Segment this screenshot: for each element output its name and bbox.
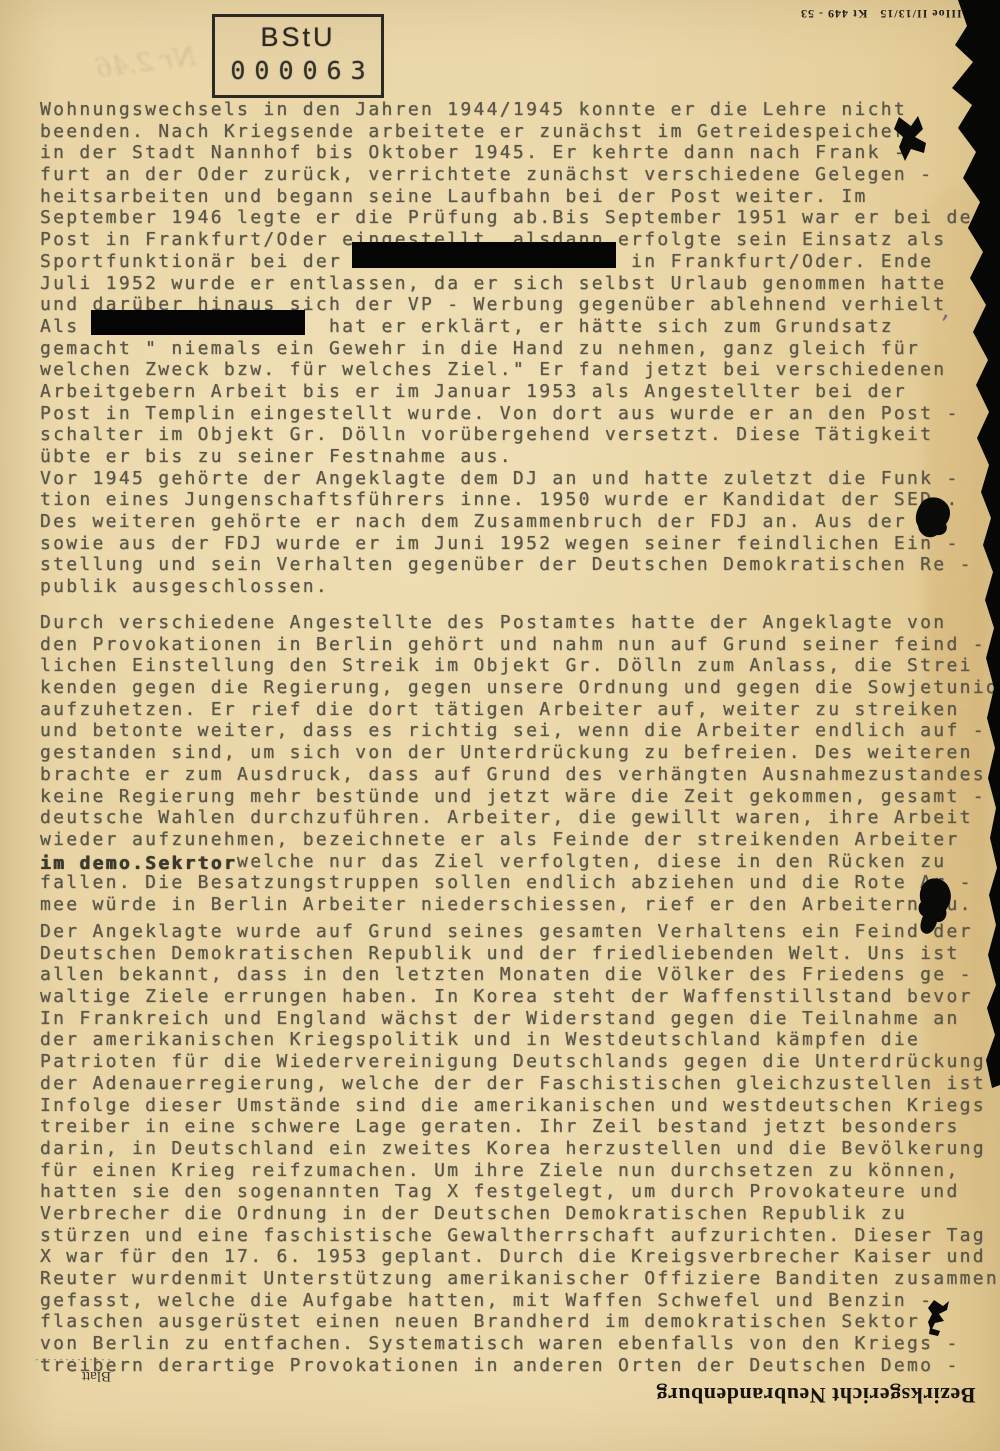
blatt-dotted-line: ············· — [33, 1353, 111, 1367]
text-line: publik ausgeschlossen. — [40, 576, 986, 598]
text-line: Durch verschiedene Angestellte des Posta… — [40, 612, 1000, 634]
inverted-form-imprint: IIIoe II/13/15 Kt 449 - 53 — [800, 6, 962, 21]
text-line: stellung und sein Verhalten gegenüber de… — [40, 554, 986, 576]
text-line: hatten sie den sogenannten Tag X festgel… — [40, 1181, 1000, 1203]
redaction-bar — [91, 310, 305, 335]
text-line: In Frankreich und England wächst der Wid… — [40, 1008, 1000, 1030]
redaction-bar — [352, 242, 616, 268]
text-line: flaschen ausgerüstet einen neuen Brandhe… — [40, 1311, 1000, 1333]
bleedthrough-handwriting: Nr 2.46 — [94, 42, 198, 84]
text-line: September 1946 legte er die Prüfung ab.B… — [40, 207, 986, 229]
text-line: gefasst, welche die Aufgabe hatten, mit … — [40, 1290, 1000, 1312]
paragraph-biography: Wohnungswechsels in den Jahren 1944/1945… — [40, 99, 986, 598]
inverted-court-footer: Bezirksgericht Neubrandenburg — [656, 1382, 975, 1408]
stamp-page-number: 000063 — [215, 56, 381, 85]
scanned-document-page: Nr 2.46 BStU 000063 IIIoe II/13/15 Kt 44… — [0, 0, 1000, 1451]
text-line: schalter im Objekt Gr. Dölln vorübergehe… — [40, 424, 986, 446]
text-line: Wohnungswechsels in den Jahren 1944/1945… — [40, 99, 986, 121]
text-line: und betonte weiter, dass es richtig sei,… — [40, 720, 1000, 742]
overtyped-bold-text: im demo.Sekrtor — [40, 853, 237, 874]
text-line: mee würde in Berlin Arbeiter niederschie… — [40, 894, 1000, 916]
text-line: furt an der Oder zurück, verrichtete zun… — [40, 164, 986, 186]
text-line: beenden. Nach Kriegsende arbeitete er zu… — [40, 121, 986, 143]
text-line: welchen Zweck bzw. für welches Ziel." Er… — [40, 359, 986, 381]
text-line: Der Angeklagte wurde auf Grund seines ge… — [40, 921, 1000, 943]
text-line: in der Stadt Nannhof bis Oktober 1945. E… — [40, 142, 986, 164]
text-line: darin, in Deutschland ein zweites Korea … — [40, 1138, 1000, 1160]
text-line: Juli 1952 wurde er entlassen, da er sich… — [40, 273, 986, 295]
text-line: Vor 1945 gehörte der Angeklagte dem DJ a… — [40, 468, 986, 490]
text-line: aufzuhetzen. Er rief die dort tätigen Ar… — [40, 699, 1000, 721]
text-line: Patrioten für die Wiedervereinigung Deut… — [40, 1051, 1000, 1073]
text-line: Verbrecher die Ordnung in der Deutschen … — [40, 1203, 1000, 1225]
text-line: Infolge dieser Umstände sind die amerika… — [40, 1095, 1000, 1117]
text-line: lichen Einstellung den Streik im Objekt … — [40, 655, 1000, 677]
text-line: der Adenauerregierung, welche der der Fa… — [40, 1073, 1000, 1095]
text-line: fallen. Die Besatzungstruppen sollen end… — [40, 872, 1000, 894]
text-line: gestanden sind, um sich von der Unterdrü… — [40, 742, 1000, 764]
text-line: Post in Templin eingestellt wurde. Von d… — [40, 403, 986, 425]
text-line: kenden gegen die Regierung, gegen unsere… — [40, 677, 1000, 699]
text-line: gemacht " niemals ein Gewehr in die Hand… — [40, 338, 986, 360]
text-line: waltige Ziele errungen haben. In Korea s… — [40, 986, 1000, 1008]
text-line: allen bekannt, dass in den letzten Monat… — [40, 964, 1000, 986]
text-line: Reuter wurdenmit Unterstützung amerikani… — [40, 1268, 1000, 1290]
bstu-archive-stamp: BStU 000063 — [212, 14, 384, 98]
text-line: Arbeitgebern Arbeit bis er im Januar 195… — [40, 381, 986, 403]
text-line: X war für den 17. 6. 1953 geplant. Durch… — [40, 1246, 1000, 1268]
inverted-blatt-footer: Blatt ············· — [33, 1332, 126, 1401]
text-line: von Berlin zu entfachen. Systematisch wa… — [40, 1333, 1000, 1355]
text-line: sowie aus der FDJ wurde er im Juni 1952 … — [40, 533, 986, 555]
text-line: Deutschen Demokratischen Republik und de… — [40, 943, 1000, 965]
text-line: tion eines Jungenschaftsführers inne. 19… — [40, 489, 986, 511]
text-line: heitsarbeiten und begann seine Laufbahn … — [40, 186, 986, 208]
text-line: wieder aufzunehmen, bezeichnete er als F… — [40, 829, 1000, 851]
text-line: keine Regierung mehr bestünde und jetzt … — [40, 786, 1000, 808]
text-line: deutsche Wahlen durchzuführen. Arbeiter,… — [40, 807, 1000, 829]
stamp-title: BStU — [215, 22, 381, 53]
text-line: brachte er zum Ausdruck, dass auf Grund … — [40, 764, 1000, 786]
paragraph-political-context: Der Angeklagte wurde auf Grund seines ge… — [40, 921, 1000, 1376]
text-line: treibern derartige Provokationen in ande… — [40, 1355, 1000, 1377]
text-line: treiber in eine schwere Lage geraten. Ih… — [40, 1116, 1000, 1138]
text-line: stürzen und eine faschistische Gewalther… — [40, 1225, 1000, 1247]
text-line: Des weiteren gehörte er nach dem Zusamme… — [40, 511, 986, 533]
text-line: für einen Krieg reifzumachen. Um ihre Zi… — [40, 1160, 1000, 1182]
text-line: den Provokationen in Berlin gehört und n… — [40, 634, 1000, 656]
text-line: der amerikanischen Kriegspolitik und in … — [40, 1029, 1000, 1051]
text-line: übte er bis zu seiner Festnahme aus. — [40, 446, 986, 468]
blatt-label: Blatt — [82, 1368, 111, 1384]
